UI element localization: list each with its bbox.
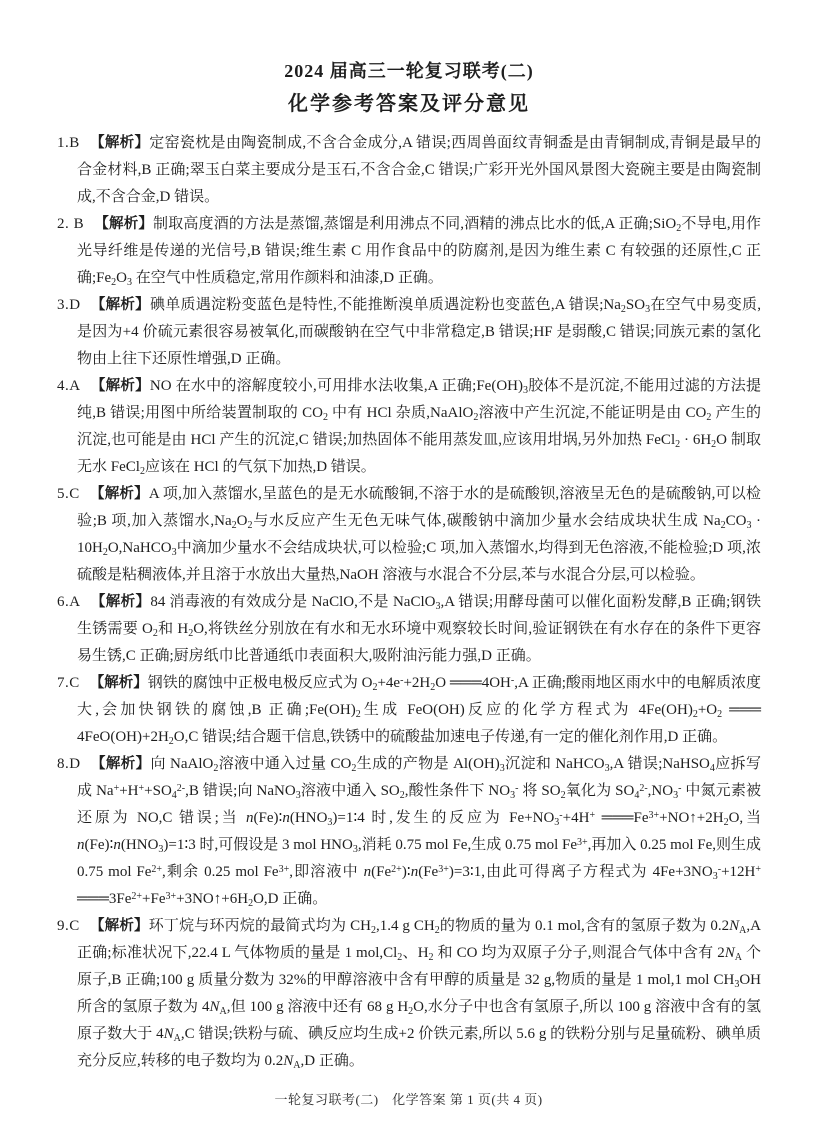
page-content: 2024 届高三一轮复习联考(二) 化学参考答案及评分意见 1.B【解析】定窑瓷… xyxy=(0,0,817,1075)
answer-text: 环丁烷与环丙烷的最简式均为 CH2,1.4 g CH2的物质的量为 0.1 mo… xyxy=(77,918,761,1069)
analysis-tag: 【解析】 xyxy=(91,297,150,313)
answer-text: 向 NaAlO2溶液中通入过量 CO2生成的产物是 Al(OH)3沉淀和 NaH… xyxy=(77,756,761,907)
answer-item-5: 5.C【解析】A 项,加入蒸馏水,呈蓝色的是无水硫酸铜,不溶于水的是硫酸钡,溶液… xyxy=(57,481,761,589)
analysis-tag: 【解析】 xyxy=(91,378,150,394)
page-footer: 一轮复习联考(二) 化学答案 第 1 页(共 4 页) xyxy=(0,1089,817,1108)
answer-text: 碘单质遇淀粉变蓝色是特性,不能推断溴单质遇淀粉也变蓝色,A 错误;Na2SO3在… xyxy=(77,297,761,367)
answer-text: 84 消毒液的有效成分是 NaClO,不是 NaClO3,A 错误;用酵母菌可以… xyxy=(77,594,761,664)
answer-label: 3.D xyxy=(57,297,81,313)
page-title: 化学参考答案及评分意见 xyxy=(57,92,761,116)
answer-label: 9.C xyxy=(57,918,80,934)
answer-text: 钢铁的腐蚀中正极电极反应式为 O2+4e-+2H2O ═══4OH-,A 正确;… xyxy=(77,675,761,745)
answer-item-8: 8.D【解析】向 NaAlO2溶液中通入过量 CO2生成的产物是 Al(OH)3… xyxy=(57,751,761,913)
answer-item-9: 9.C【解析】环丁烷与环丙烷的最简式均为 CH2,1.4 g CH2的物质的量为… xyxy=(57,913,761,1075)
answer-label: 8.D xyxy=(57,756,81,772)
analysis-tag: 【解析】 xyxy=(91,594,151,610)
answer-label: 5.C xyxy=(57,486,80,502)
answers-list: 1.B【解析】定窑瓷枕是由陶瓷制成,不含合金成分,A 错误;西周兽面纹青铜盉是由… xyxy=(57,130,761,1075)
answer-text: 制取高度酒的方法是蒸馏,蒸馏是利用沸点不同,酒精的沸点比水的低,A 正确;SiO… xyxy=(77,216,761,286)
answer-label: 4.A xyxy=(57,378,81,394)
answer-label: 1.B xyxy=(57,135,80,151)
answer-item-2: 2. B【解析】制取高度酒的方法是蒸馏,蒸馏是利用沸点不同,酒精的沸点比水的低,… xyxy=(57,211,761,292)
answer-text: A 项,加入蒸馏水,呈蓝色的是无水硫酸铜,不溶于水的是硫酸钡,溶液呈无色的是硫酸… xyxy=(77,486,761,583)
analysis-tag: 【解析】 xyxy=(90,675,148,691)
analysis-tag: 【解析】 xyxy=(90,135,150,151)
analysis-tag: 【解析】 xyxy=(94,216,153,232)
answer-item-4: 4.A【解析】NO 在水中的溶解度较小,可用排水法收集,A 正确;Fe(OH)3… xyxy=(57,373,761,481)
answer-label: 7.C xyxy=(57,675,80,691)
analysis-tag: 【解析】 xyxy=(90,918,149,934)
footer-text: 一轮复习联考(二) 化学答案 第 1 页(共 4 页) xyxy=(274,1092,542,1107)
answer-item-3: 3.D【解析】碘单质遇淀粉变蓝色是特性,不能推断溴单质遇淀粉也变蓝色,A 错误;… xyxy=(57,292,761,373)
answer-item-7: 7.C【解析】钢铁的腐蚀中正极电极反应式为 O2+4e-+2H2O ═══4OH… xyxy=(57,670,761,751)
answer-sheet-page: 2024 届高三一轮复习联考(二) 化学参考答案及评分意见 1.B【解析】定窑瓷… xyxy=(0,0,817,1146)
answer-label: 6.A xyxy=(57,594,81,610)
answer-label: 2. B xyxy=(57,216,84,232)
answer-item-6: 6.A【解析】84 消毒液的有效成分是 NaClO,不是 NaClO3,A 错误… xyxy=(57,589,761,670)
answer-text: NO 在水中的溶解度较小,可用排水法收集,A 正确;Fe(OH)3胶体不是沉淀,… xyxy=(77,378,761,475)
analysis-tag: 【解析】 xyxy=(90,486,149,502)
answer-item-1: 1.B【解析】定窑瓷枕是由陶瓷制成,不含合金成分,A 错误;西周兽面纹青铜盉是由… xyxy=(57,130,761,211)
exam-title: 2024 届高三一轮复习联考(二) xyxy=(57,60,761,82)
answer-text: 定窑瓷枕是由陶瓷制成,不含合金成分,A 错误;西周兽面纹青铜盉是由青铜制成,青铜… xyxy=(77,135,761,205)
analysis-tag: 【解析】 xyxy=(91,756,151,772)
